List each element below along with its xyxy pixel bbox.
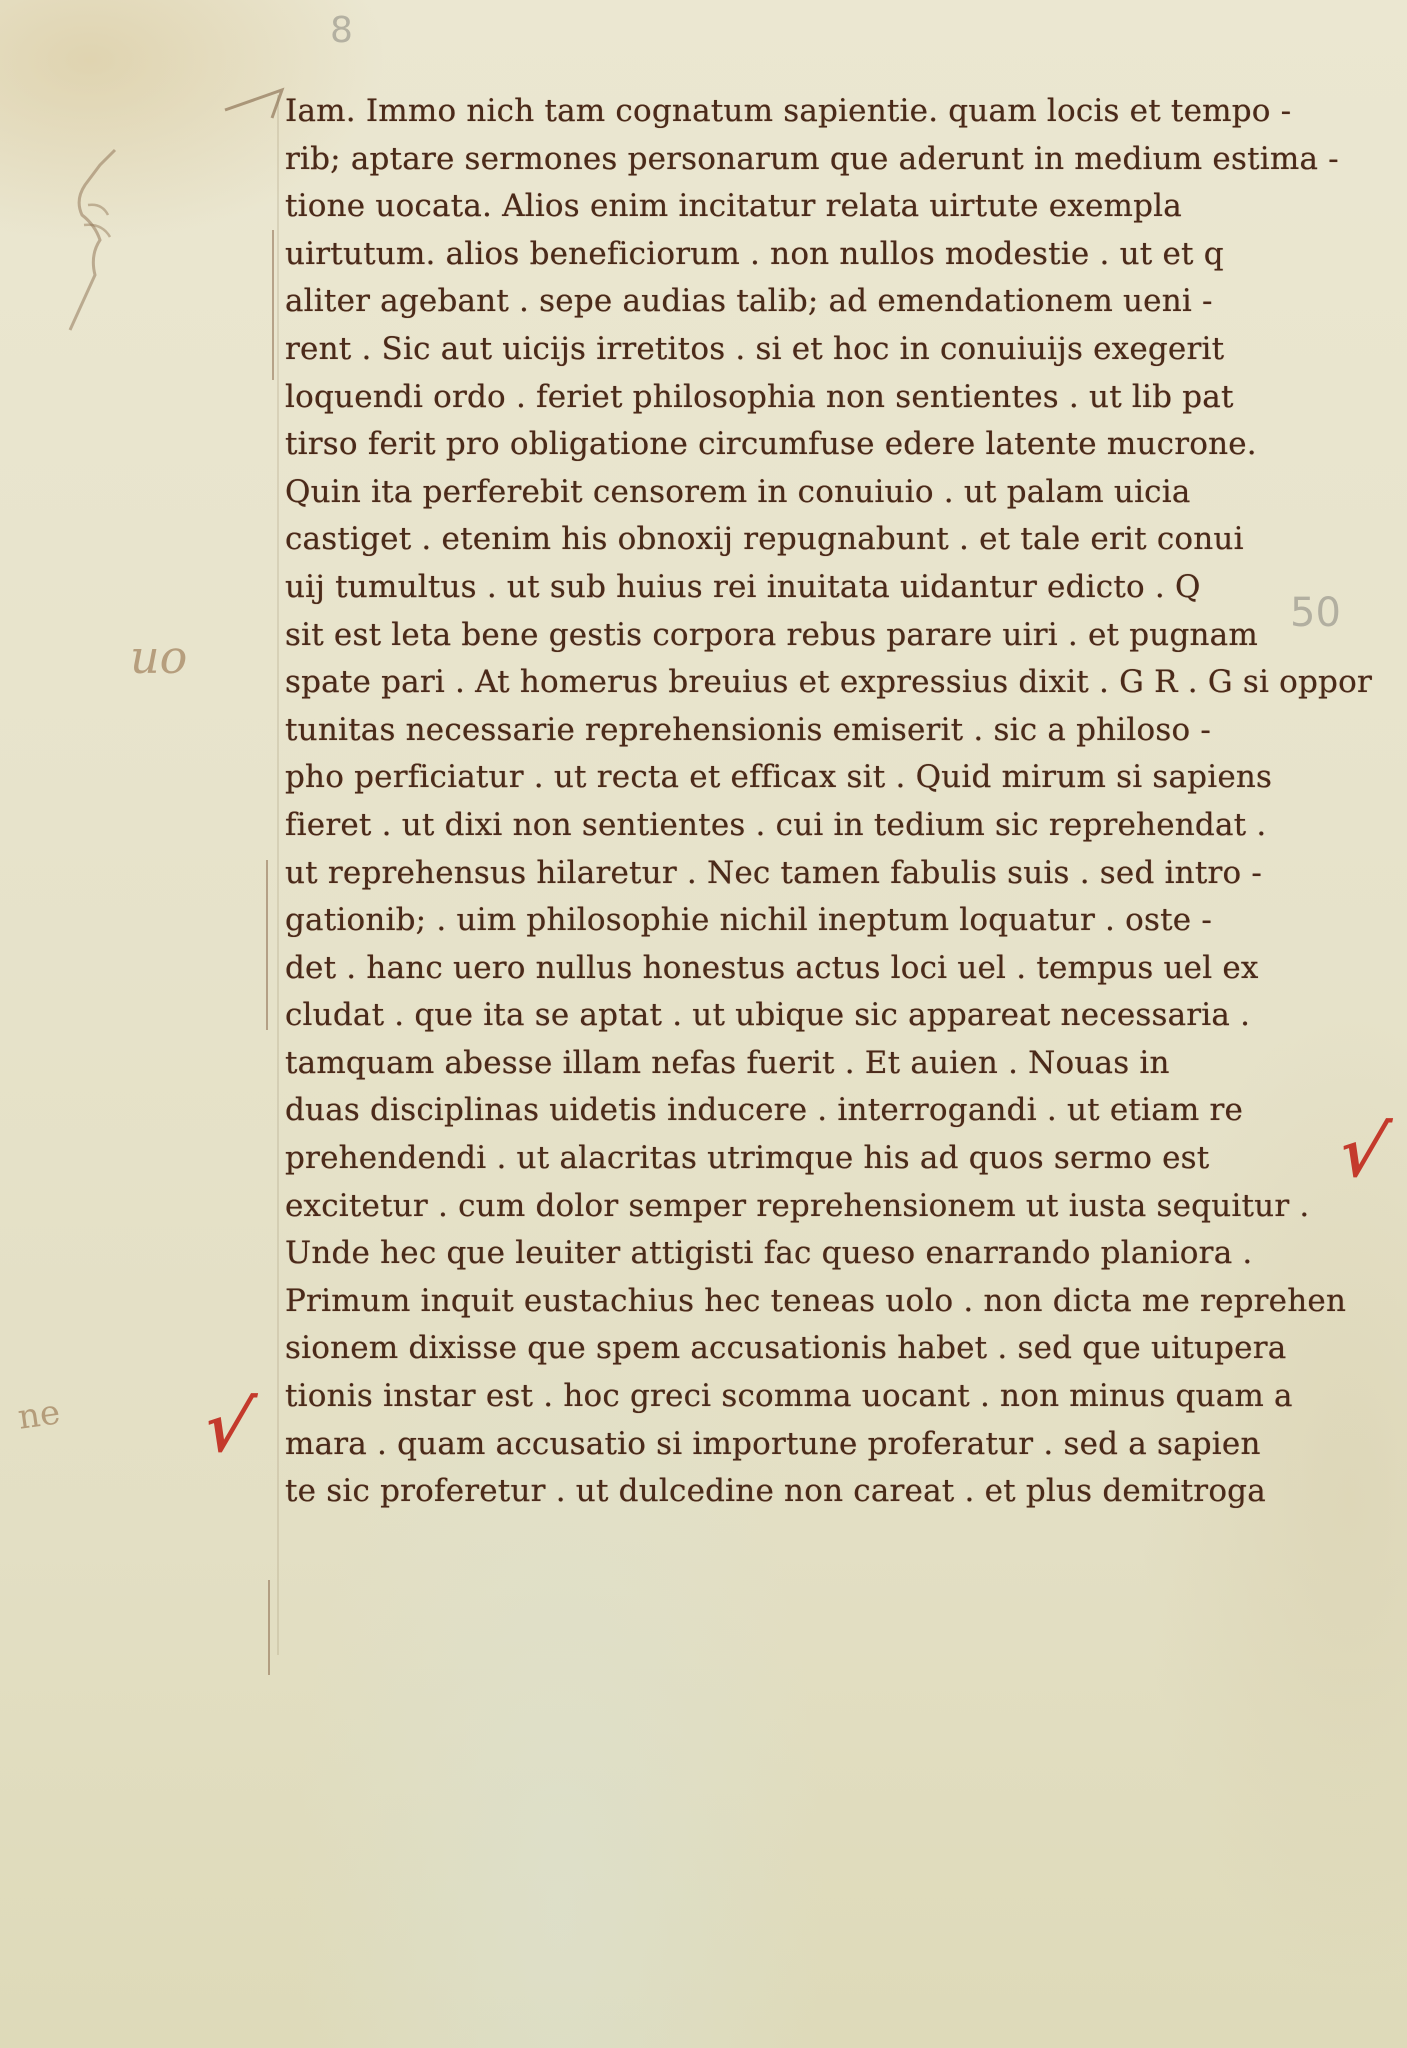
text-line: cludat . que ita se aptat . ut ubique si… <box>285 992 1295 1040</box>
text-line: mara . quam accusatio si importune profe… <box>285 1421 1295 1469</box>
red-paraph-mark: √ <box>196 1385 260 1468</box>
text-line: te sic proferetur . ut dulcedine non car… <box>285 1468 1295 1516</box>
marginal-note-left-2: ne <box>15 1392 62 1437</box>
text-line: pho perficiatur . ut recta et efficax si… <box>285 754 1295 802</box>
text-line: duas disciplinas uidetis inducere . inte… <box>285 1087 1295 1135</box>
text-line: ut reprehensus hilaretur . Nec tamen fab… <box>285 850 1295 898</box>
text-line: sit est leta bene gestis corpora rebus p… <box>285 612 1295 660</box>
manuscript-folio: 8 uo 50 ne √ √ Iam. Immo nich tam cognat… <box>0 0 1407 2048</box>
folio-number: 8 <box>330 10 353 51</box>
red-paraph-mark: √ <box>1331 1110 1395 1193</box>
ruling-line <box>277 95 279 1655</box>
marginal-pencil-note: 50 <box>1290 590 1341 636</box>
text-line: uirtutum. alios beneficiorum . non nullo… <box>285 231 1295 279</box>
text-line: Iam. Immo nich tam cognatum sapientie. q… <box>285 88 1295 136</box>
manicule-icon <box>40 145 130 335</box>
text-line: spate pari . At homerus breuius et expre… <box>285 659 1295 707</box>
text-line: rib; aptare sermones personarum que ader… <box>285 136 1295 184</box>
text-line: tione uocata. Alios enim incitatur relat… <box>285 183 1295 231</box>
text-line: Unde hec que leuiter attigisti fac queso… <box>285 1230 1295 1278</box>
text-line: det . hanc uero nullus honestus actus lo… <box>285 945 1295 993</box>
text-line: aliter agebant . sepe audias talib; ad e… <box>285 278 1295 326</box>
text-line: gationib; . uim philosophie nichil inept… <box>285 897 1295 945</box>
marginal-bracket <box>266 860 268 1030</box>
text-line: Primum inquit eustachius hec teneas uolo… <box>285 1278 1295 1326</box>
text-line: castiget . etenim his obnoxij repugnabun… <box>285 516 1295 564</box>
text-line: uij tumultus . ut sub huius rei inuitata… <box>285 564 1295 612</box>
marginal-note-left: uo <box>130 630 187 684</box>
text-line: prehendendi . ut alacritas utrimque his … <box>285 1135 1295 1183</box>
marginal-bracket <box>268 1580 270 1675</box>
marginal-bracket <box>272 230 274 380</box>
text-line: sionem dixisse que spem accusationis hab… <box>285 1325 1295 1373</box>
text-line: loquendi ordo . feriet philosophia non s… <box>285 374 1295 422</box>
text-line: fieret . ut dixi non sentientes . cui in… <box>285 802 1295 850</box>
text-line: rent . Sic aut uicijs irretitos . si et … <box>285 326 1295 374</box>
insertion-mark-icon <box>220 78 290 128</box>
text-line: excitetur . cum dolor semper reprehensio… <box>285 1183 1295 1231</box>
text-line: tunitas necessarie reprehensionis emiser… <box>285 707 1295 755</box>
text-line: Quin ita perferebit censorem in conuiuio… <box>285 469 1295 517</box>
main-text-block: Iam. Immo nich tam cognatum sapientie. q… <box>285 88 1295 1516</box>
text-line: tamquam abesse illam nefas fuerit . Et a… <box>285 1040 1295 1088</box>
text-line: tirso ferit pro obligatione circumfuse e… <box>285 421 1295 469</box>
text-line: tionis instar est . hoc greci scomma uoc… <box>285 1373 1295 1421</box>
